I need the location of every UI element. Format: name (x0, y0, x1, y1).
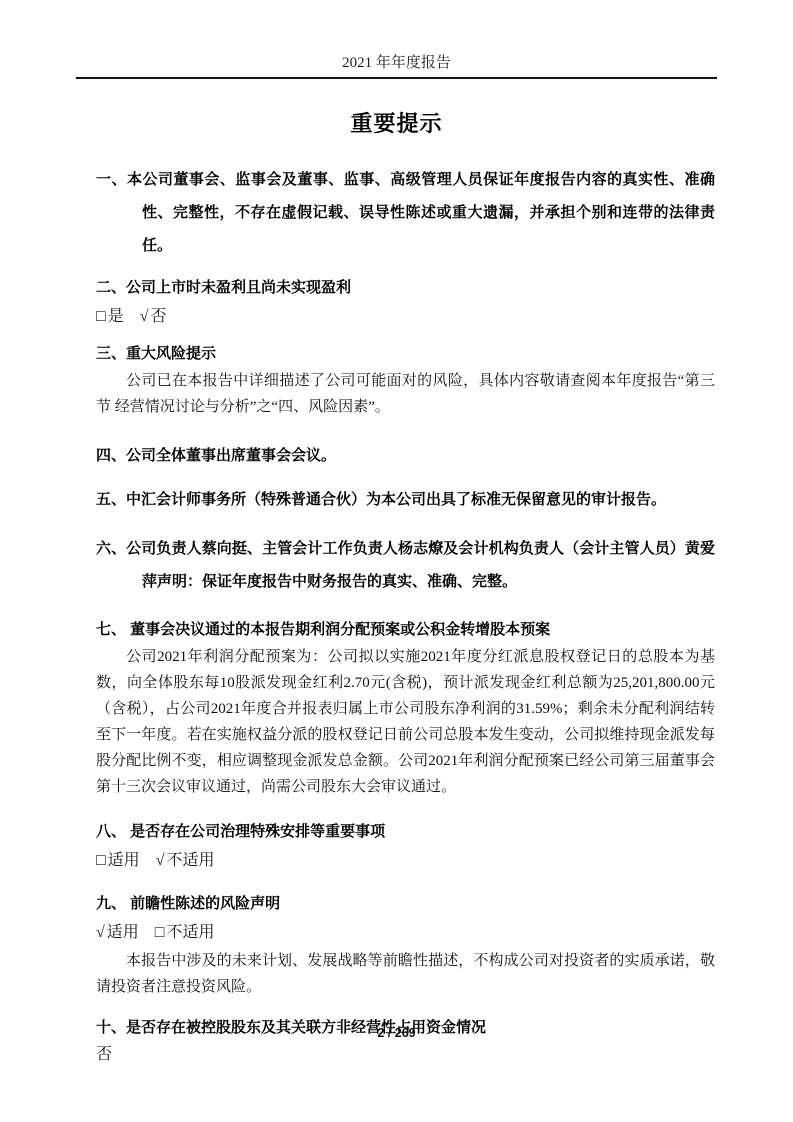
check-mark-icon: √ (156, 852, 165, 869)
section-3-heading: 三、重大风险提示 (96, 342, 715, 366)
page-footer: 2 / 269 (0, 1026, 793, 1040)
option-yes: □是 (96, 308, 124, 325)
page-number: 2 / 269 (377, 1026, 415, 1040)
report-page: 2021 年年度报告 重要提示 一、本公司董事会、监事会及董事、监事、高级管理人… (0, 0, 793, 1068)
option-no: √否 (140, 308, 167, 325)
section-2-heading: 二、公司上市时未盈利且尚未实现盈利 (96, 276, 715, 300)
document-content: 一、本公司董事会、监事会及董事、监事、高级管理人员保证年度报告内容的真实性、准确… (96, 163, 715, 1068)
checkbox-unchecked-icon: □ (96, 852, 106, 869)
section-8-heading: 八、 是否存在公司治理特殊安排等重要事项 (96, 820, 715, 844)
section-4-heading: 四、公司全体董事出席董事会会议。 (96, 444, 715, 468)
section-2-options: □是 √否 (96, 304, 715, 330)
section-7: 七、 董事会决议通过的本报告期利润分配预案或公积金转增股本预案 公司2021年利… (96, 618, 715, 800)
checkbox-unchecked-icon: □ (155, 924, 165, 941)
section-1: 一、本公司董事会、监事会及董事、监事、高级管理人员保证年度报告内容的真实性、准确… (96, 163, 715, 262)
section-3: 三、重大风险提示 公司已在本报告中详细描述了公司可能面对的风险，具体内容敬请查阅… (96, 342, 715, 420)
option-yes-label: 是 (108, 308, 124, 325)
section-2: 二、公司上市时未盈利且尚未实现盈利 □是 √否 (96, 276, 715, 330)
section-1-heading: 一、本公司董事会、监事会及董事、监事、高级管理人员保证年度报告内容的真实性、准确… (96, 163, 715, 262)
section-6-heading: 六、公司负责人蔡向挺、主管会计工作负责人杨志燎及会计机构负责人（会计主管人员）黄… (96, 532, 715, 598)
section-9-heading: 九、 前瞻性陈述的风险声明 (96, 892, 715, 916)
section-3-body: 公司已在本报告中详细描述了公司可能面对的风险，具体内容敬请查阅本年度报告“第三节… (96, 368, 715, 420)
option-applicable: √适用 (96, 924, 139, 941)
check-mark-icon: √ (140, 308, 149, 325)
section-4: 四、公司全体董事出席董事会会议。 (96, 444, 715, 468)
option-applicable-label: 适用 (108, 852, 140, 869)
option-not-applicable-label: 不适用 (166, 852, 214, 869)
page-title: 重要提示 (0, 109, 793, 139)
section-8-options: □适用 √不适用 (96, 848, 715, 874)
section-8: 八、 是否存在公司治理特殊安排等重要事项 □适用 √不适用 (96, 820, 715, 874)
section-7-body: 公司2021年利润分配预案为：公司拟以实施2021年度分红派息股权登记日的总股本… (96, 644, 715, 800)
option-not-applicable-label: 不适用 (166, 924, 214, 941)
section-10-answer: 否 (96, 1042, 715, 1068)
option-not-applicable: √不适用 (156, 852, 215, 869)
section-7-heading: 七、 董事会决议通过的本报告期利润分配预案或公积金转增股本预案 (96, 618, 715, 642)
option-not-applicable: □不适用 (155, 924, 215, 941)
header-divider (76, 77, 717, 79)
option-applicable-label: 适用 (107, 924, 139, 941)
option-applicable: □适用 (96, 852, 140, 869)
section-5-heading: 五、中汇会计师事务所（特殊普通合伙）为本公司出具了标准无保留意见的审计报告。 (96, 488, 715, 512)
section-6: 六、公司负责人蔡向挺、主管会计工作负责人杨志燎及会计机构负责人（会计主管人员）黄… (96, 532, 715, 598)
header-title: 2021 年年度报告 (342, 55, 451, 71)
section-9-body: 本报告中涉及的未来计划、发展战略等前瞻性描述，不构成公司对投资者的实质承诺，敬请… (96, 948, 715, 1000)
section-5: 五、中汇会计师事务所（特殊普通合伙）为本公司出具了标准无保留意见的审计报告。 (96, 488, 715, 512)
page-header: 2021 年年度报告 (0, 0, 793, 72)
checkbox-unchecked-icon: □ (96, 308, 106, 325)
section-10: 十、是否存在被控股股东及其关联方非经营性占用资金情况 否 (96, 1016, 715, 1068)
check-mark-icon: √ (96, 924, 105, 941)
section-9: 九、 前瞻性陈述的风险声明 √适用 □不适用 本报告中涉及的未来计划、发展战略等… (96, 892, 715, 1000)
option-no-label: 否 (150, 308, 166, 325)
section-9-options: √适用 □不适用 (96, 920, 715, 946)
